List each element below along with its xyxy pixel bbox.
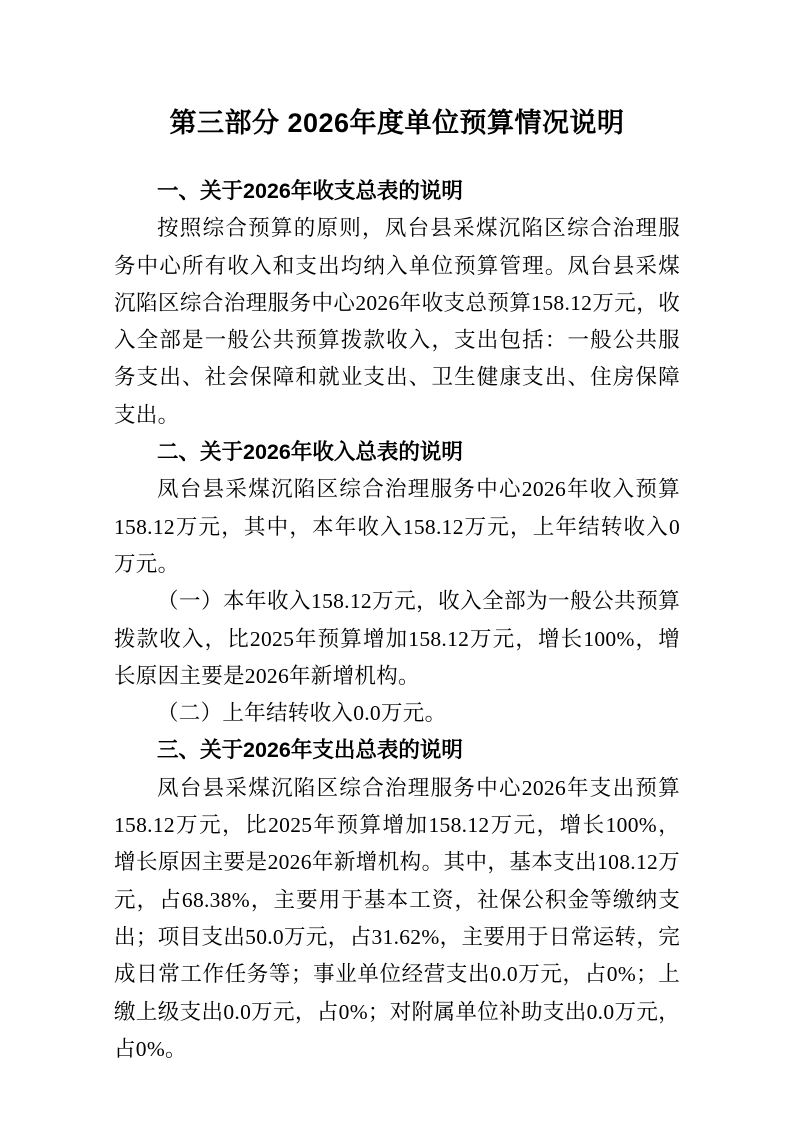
- document-content: 第三部分 2026年度单位预算情况说明 一、关于2026年收支总表的说明 按照综…: [114, 0, 680, 1068]
- section-3-heading: 三、关于2026年支出总表的说明: [114, 732, 680, 769]
- document-page: 第三部分 2026年度单位预算情况说明 一、关于2026年收支总表的说明 按照综…: [0, 0, 793, 1122]
- section-1-heading: 一、关于2026年收支总表的说明: [114, 173, 680, 210]
- section-2-paragraph-1: 凤台县采煤沉陷区综合治理服务中心2026年收入预算158.12万元，其中，本年收…: [114, 471, 680, 583]
- section-2-heading: 二、关于2026年收入总表的说明: [114, 434, 680, 471]
- section-1-paragraph-1: 按照综合预算的原则，凤台县采煤沉陷区综合治理服务中心所有收入和支出均纳入单位预算…: [114, 210, 680, 434]
- section-expenditure-summary: 三、关于2026年支出总表的说明 凤台县采煤沉陷区综合治理服务中心2026年支出…: [114, 732, 680, 1068]
- section-3-paragraph-1: 凤台县采煤沉陷区综合治理服务中心2026年支出预算158.12万元，比2025年…: [114, 770, 680, 1068]
- section-2-paragraph-2: （一）本年收入158.12万元，收入全部为一般公共预算拨款收入，比2025年预算…: [114, 583, 680, 695]
- section-2-paragraph-3: （二）上年结转收入0.0万元。: [114, 695, 680, 732]
- section-revenue-expenditure-summary: 一、关于2026年收支总表的说明 按照综合预算的原则，凤台县采煤沉陷区综合治理服…: [114, 173, 680, 434]
- section-income-summary: 二、关于2026年收入总表的说明 凤台县采煤沉陷区综合治理服务中心2026年收入…: [114, 434, 680, 732]
- document-title: 第三部分 2026年度单位预算情况说明: [114, 103, 680, 143]
